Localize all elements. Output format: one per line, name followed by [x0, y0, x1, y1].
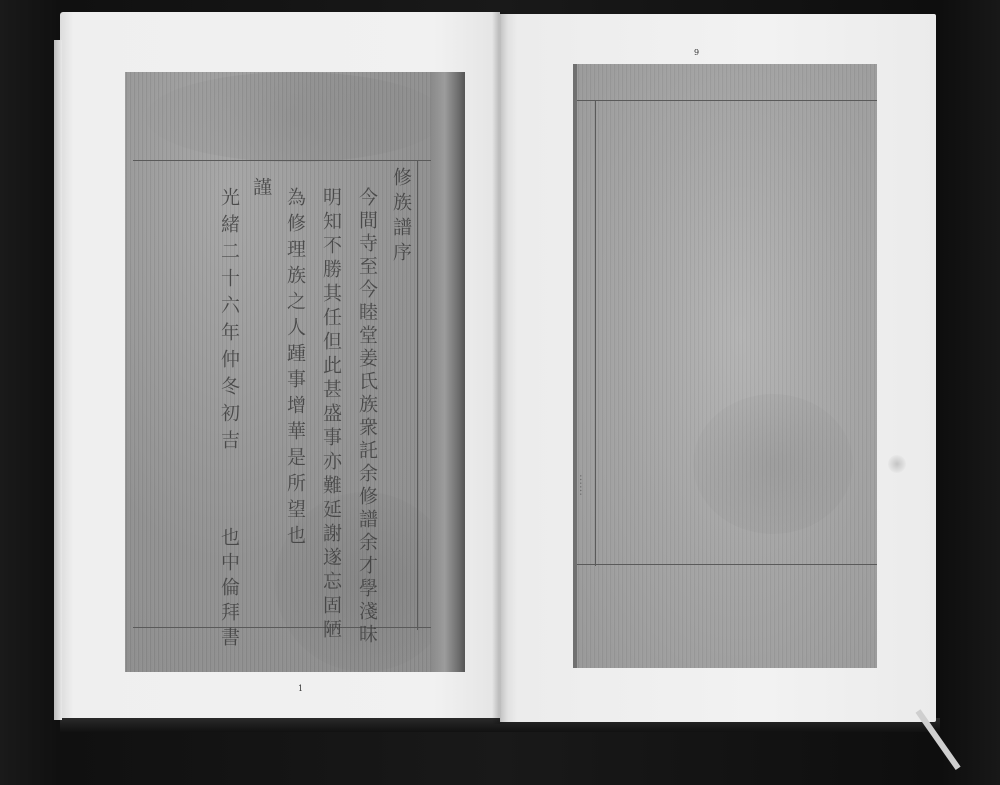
date-column: 光緒二十六年仲冬初吉	[219, 187, 238, 457]
preface-text-column-3: 為修理族之人踵事增華是所望也	[285, 187, 304, 551]
water-stain	[693, 394, 853, 534]
preface-title-column: 修族譜序	[391, 167, 410, 267]
preface-text-column-1: 今間寺至今睦堂姜氏族衆託余修譜余才學淺昧	[357, 187, 376, 647]
left-border-line	[595, 100, 596, 566]
right-page-number: 9	[694, 48, 699, 57]
top-border-line	[573, 100, 877, 101]
paper-spot	[888, 455, 906, 473]
margin-handwriting: ……	[577, 474, 590, 496]
left-page-number: 1	[298, 684, 303, 693]
bottom-border-line	[573, 564, 877, 565]
respectfully-column: 謹	[251, 177, 270, 202]
left-facsimile-image: 修族譜序 今間寺至今睦堂姜氏族衆託余修譜余才學淺昧 明知不勝其任但此甚盛事亦難延…	[125, 72, 465, 672]
preface-text-column-2: 明知不勝其任但此甚盛事亦難延謝遂忘固陋	[321, 187, 340, 643]
book-gutter	[492, 12, 508, 724]
right-facsimile-image: ……	[573, 64, 877, 668]
bottom-border-line	[133, 627, 433, 628]
signature-column: 也中倫拜書	[219, 527, 238, 652]
torn-binding-edge	[431, 72, 465, 672]
top-border-line	[133, 160, 433, 161]
water-stain	[145, 72, 445, 162]
right-border-line	[417, 160, 418, 630]
binding-edge	[573, 64, 577, 668]
